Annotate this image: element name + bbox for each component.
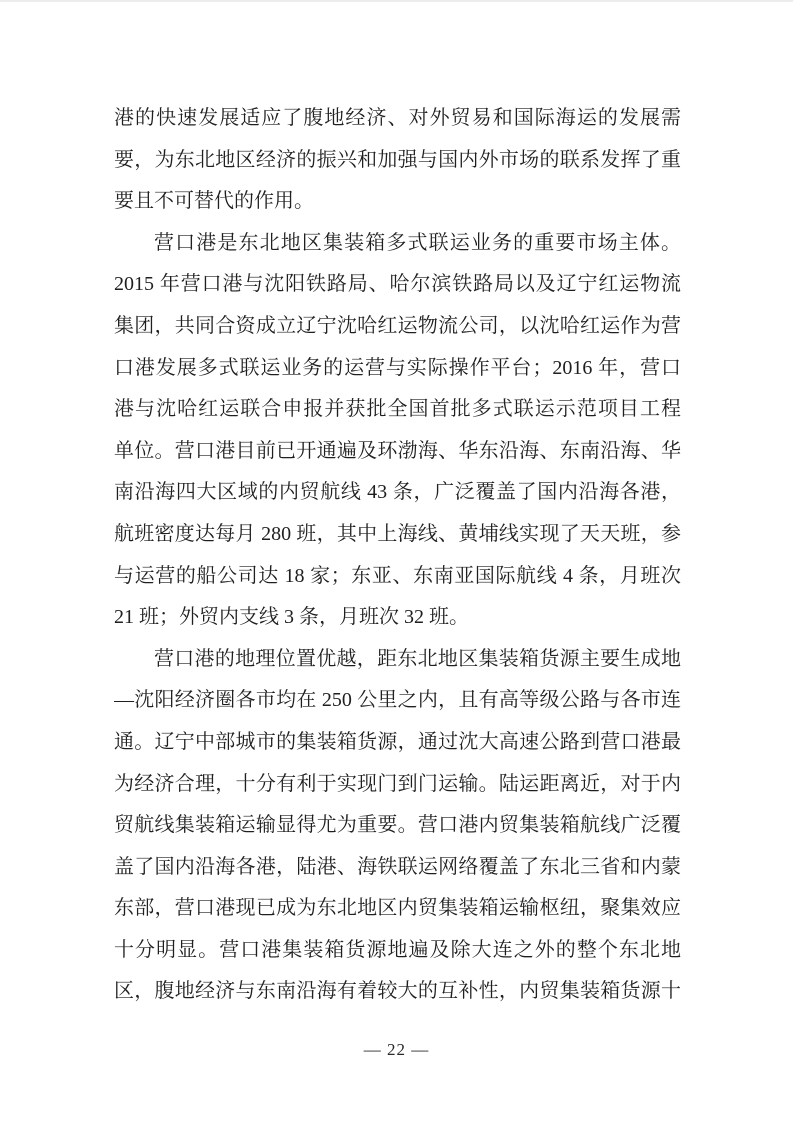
text-line: 盖了国内沿海各港，陆港、海铁联运网络覆盖了东北三省和内蒙 [114,847,681,889]
text-line: 南沿海四大区域的内贸航线 43 条，广泛覆盖了国内沿海各港， [114,472,681,514]
text-line: 贸航线集装箱运输显得尤为重要。营口港内贸集装箱航线广泛覆 [114,805,681,847]
paragraph: 营口港的地理位置优越，距东北地区集装箱货源主要生成地—沈阳经济圈各市均在 250… [114,639,681,1013]
text-line: 单位。营口港目前已开通遍及环渤海、华东沿海、东南沿海、华 [114,431,681,473]
document-page: 港的快速发展适应了腹地经济、对外贸易和国际海运的发展需要，为东北地区经济的振兴和… [0,0,793,1122]
text-line: 口港发展多式联运业务的运营与实际操作平台；2016 年，营口 [114,348,681,390]
text-line: 东部，营口港现已成为东北地区内贸集装箱运输枢纽，聚集效应 [114,888,681,930]
text-line: 为经济合理，十分有利于实现门到门运输。陆运距离近，对于内 [114,764,681,806]
text-line: 航班密度达每月 280 班，其中上海线、黄埔线实现了天天班，参 [114,514,681,556]
text-line: 要，为东北地区经济的振兴和加强与国内外市场的联系发挥了重 [114,140,681,182]
document-body: 港的快速发展适应了腹地经济、对外贸易和国际海运的发展需要，为东北地区经济的振兴和… [114,98,681,1013]
text-line: 营口港是东北地区集装箱多式联运业务的重要市场主体。 [114,223,681,265]
text-line: —沈阳经济圈各市均在 250 公里之内，且有高等级公路与各市连 [114,680,681,722]
text-line: 与运营的船公司达 18 家；东亚、东南亚国际航线 4 条，月班次 [114,556,681,598]
page-top-edge [0,0,793,2]
text-line: 2015 年营口港与沈阳铁路局、哈尔滨铁路局以及辽宁红运物流 [114,264,681,306]
text-line: 要且不可替代的作用。 [114,181,681,223]
paragraph: 营口港是东北地区集装箱多式联运业务的重要市场主体。2015 年营口港与沈阳铁路局… [114,223,681,639]
page-number: — 22 — [0,1038,793,1062]
text-line: 区，腹地经济与东南沿海有着较大的互补性，内贸集装箱货源十 [114,971,681,1013]
text-line: 通。辽宁中部城市的集装箱货源，通过沈大高速公路到营口港最 [114,722,681,764]
text-line: 港与沈哈红运联合申报并获批全国首批多式联运示范项目工程 [114,389,681,431]
paragraph: 港的快速发展适应了腹地经济、对外贸易和国际海运的发展需要，为东北地区经济的振兴和… [114,98,681,223]
text-line: 港的快速发展适应了腹地经济、对外贸易和国际海运的发展需 [114,98,681,140]
text-line: 21 班；外贸内支线 3 条，月班次 32 班。 [114,597,681,639]
text-line: 十分明显。营口港集装箱货源地遍及除大连之外的整个东北地 [114,930,681,972]
text-line: 集团，共同合资成立辽宁沈哈红运物流公司，以沈哈红运作为营 [114,306,681,348]
text-line: 营口港的地理位置优越，距东北地区集装箱货源主要生成地 [114,639,681,681]
